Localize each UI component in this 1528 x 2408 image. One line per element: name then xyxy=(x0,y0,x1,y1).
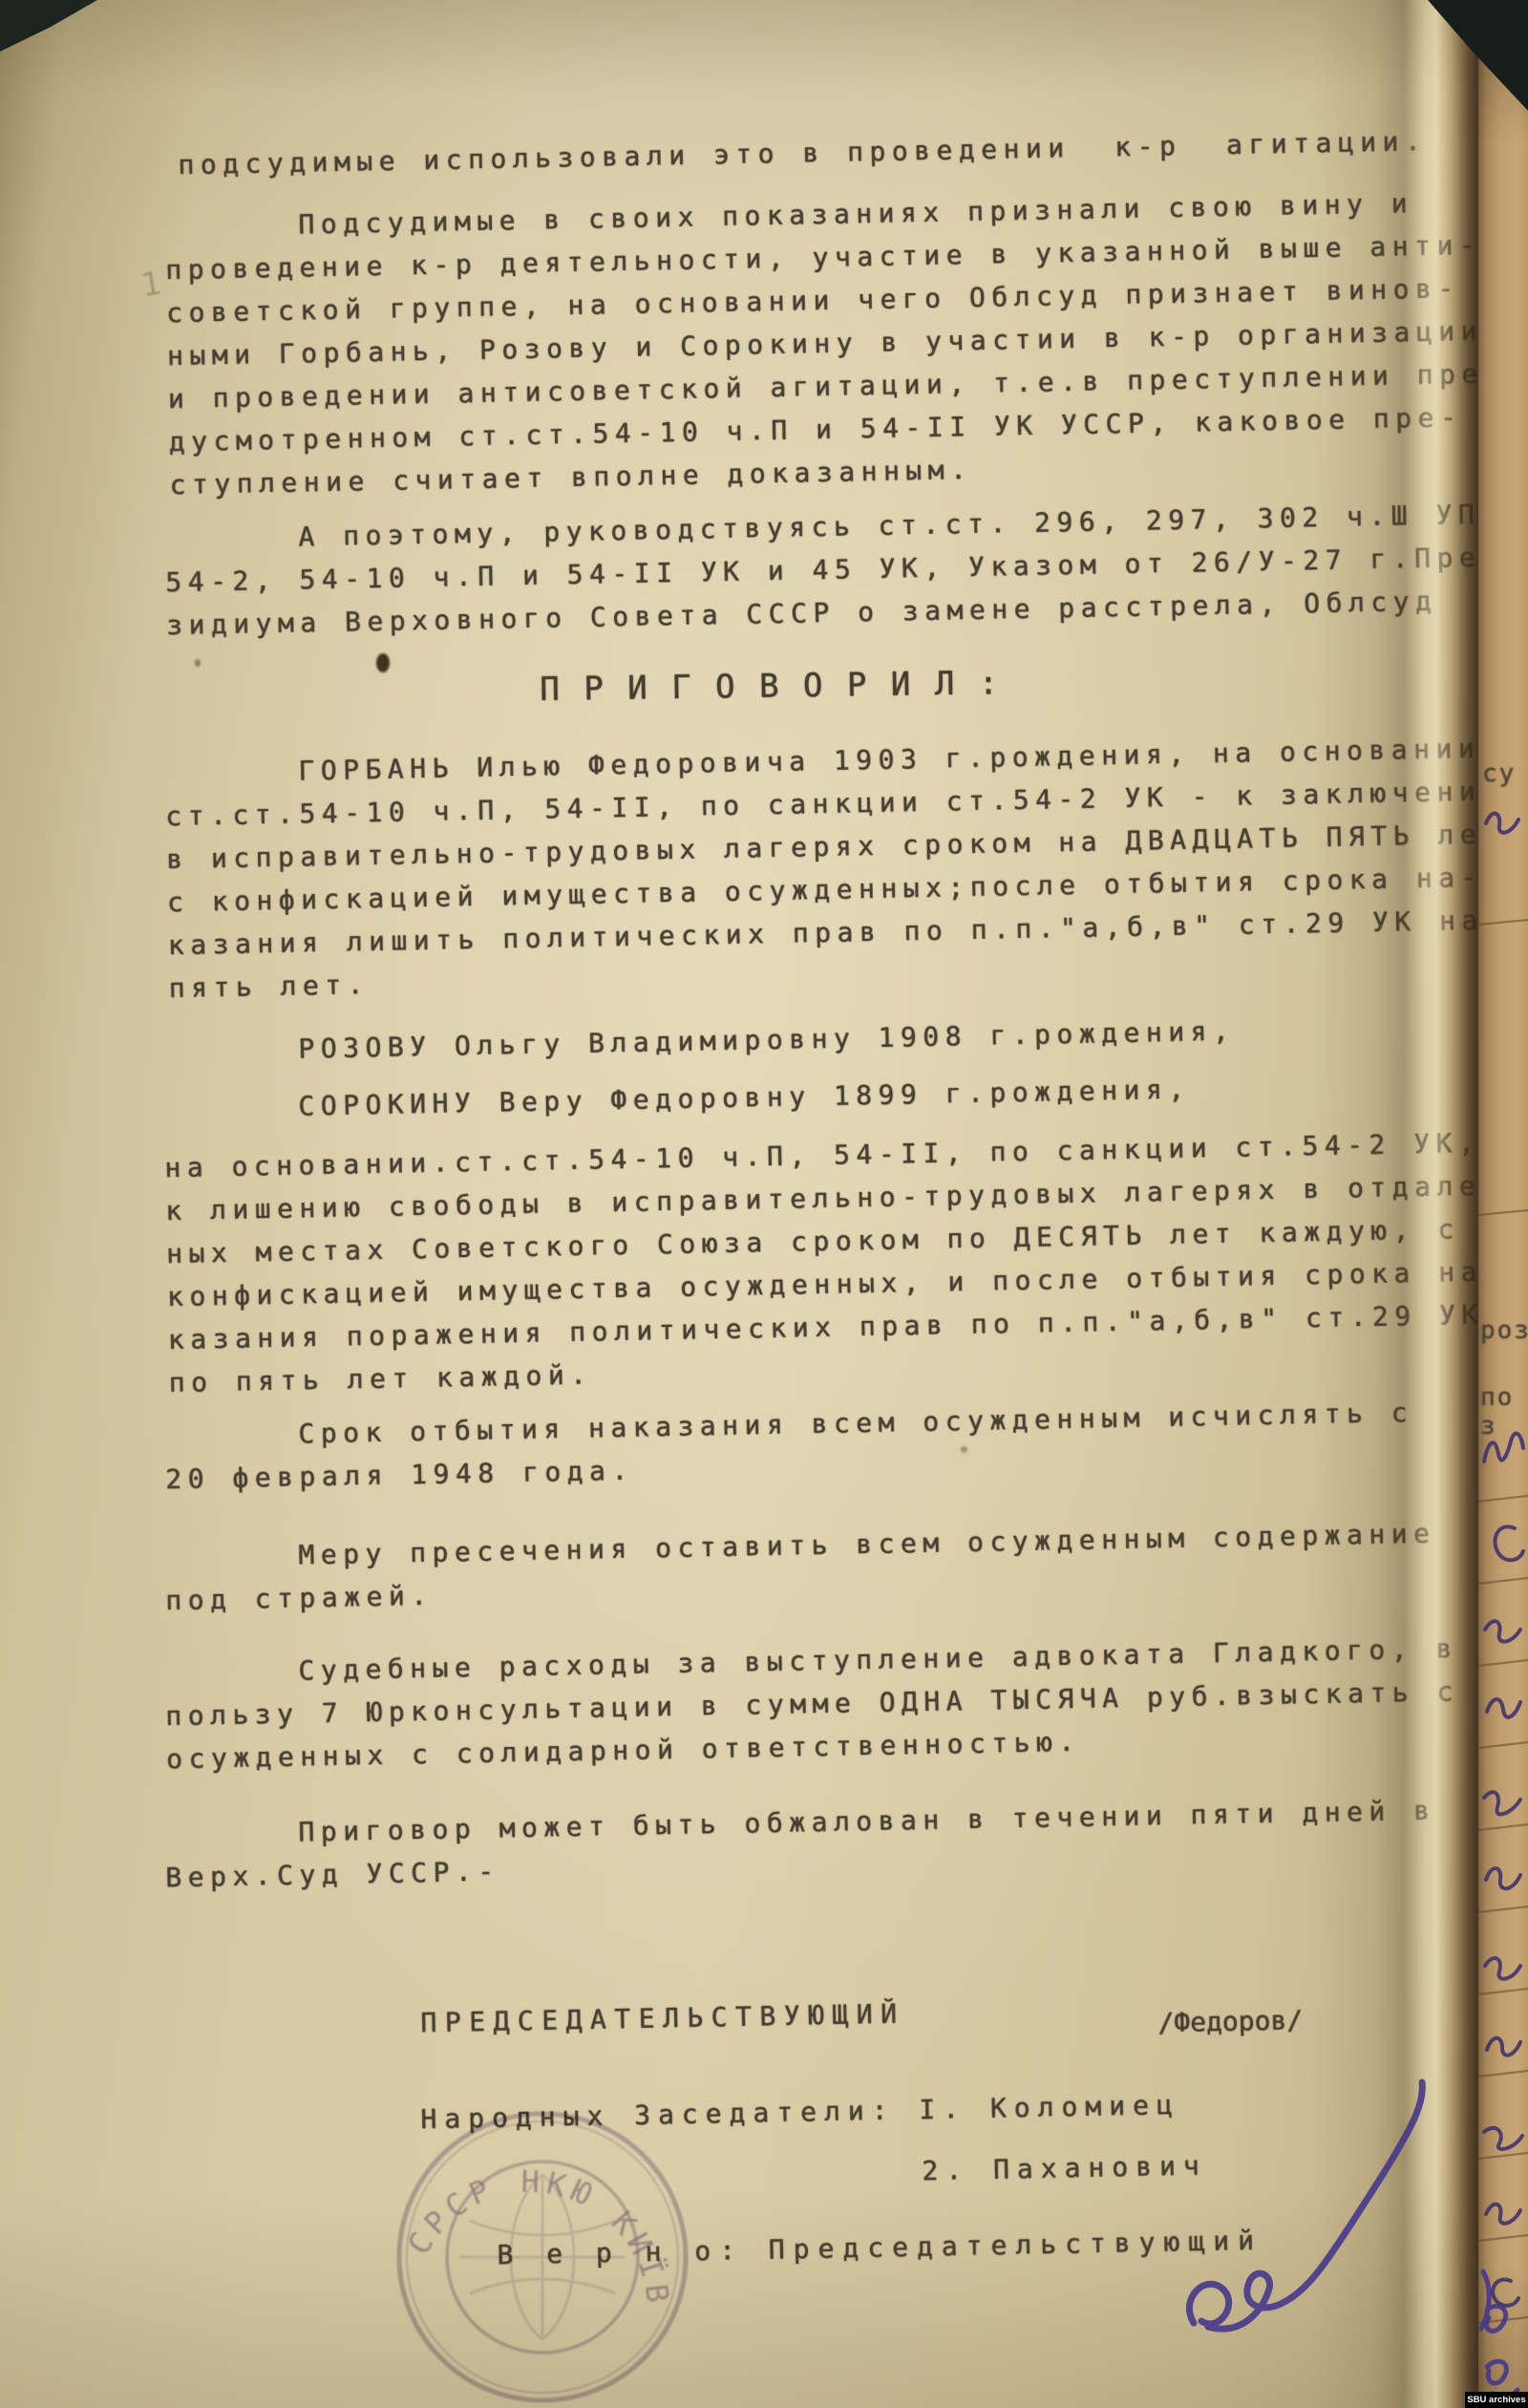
line-rozova: РОЗОВУ Ольгу Владимировну 1908 г.рождени… xyxy=(164,1009,1236,1073)
paragraph-gorban-sentence: ГОРБАНЬ Илью Федоровича 1903 г.рождения,… xyxy=(164,726,1507,1010)
paragraph-term-start: Срок отбытия наказания всем осужденным и… xyxy=(164,1391,1414,1501)
paragraph-legal-basis: А поэтому, руководствуясь ст.ст. 296, 29… xyxy=(164,492,1527,647)
verdict-heading: П Р И Г О В О Р И Л : xyxy=(540,662,1001,712)
svg-text:СРСР НКЮ КИЇВ: СРСР НКЮ КИЇВ xyxy=(400,2163,676,2310)
pencil-mark: 1 xyxy=(138,265,163,306)
chairman-signature xyxy=(1151,1987,1528,2408)
paragraph-appeal: Приговор может быть обжалован в течении … xyxy=(164,1788,1437,1899)
seal-arc-text: СРСР НКЮ КИЇВ xyxy=(400,2163,676,2310)
line-sorokina: СОРОКИНУ Веру Федоровну 1899 г.рождения, xyxy=(164,1067,1191,1130)
intro-line: подсудимые использовали это в проведении… xyxy=(178,119,1428,186)
paragraph-custody: Меру пресечения оставить всем осужденным… xyxy=(164,1511,1437,1622)
paper-speck xyxy=(376,653,390,672)
backdrop-corner-top-left xyxy=(0,0,97,52)
paragraph-confession: Подсудимые в своих показаниях признали с… xyxy=(164,180,1508,506)
paper-speck xyxy=(961,1446,967,1453)
court-seal-stamp: СРСР НКЮ КИЇВ xyxy=(393,2106,691,2408)
paper-speck xyxy=(195,659,201,667)
archive-watermark: SBU archives xyxy=(1465,2392,1528,2408)
scanned-court-verdict-photo: подсудимые использовали это в проведении… xyxy=(0,0,1528,2408)
paragraph-court-costs: Судебные расходы за выступление адвоката… xyxy=(164,1627,1460,1780)
chairman-label: ПРЕДСЕДАТЕЛЬСТВУЮЩИЙ xyxy=(420,1992,905,2044)
paragraph-women-sentence: на основании.ст.ст.54-10 ч.П, 54-II, по … xyxy=(164,1120,1528,1404)
